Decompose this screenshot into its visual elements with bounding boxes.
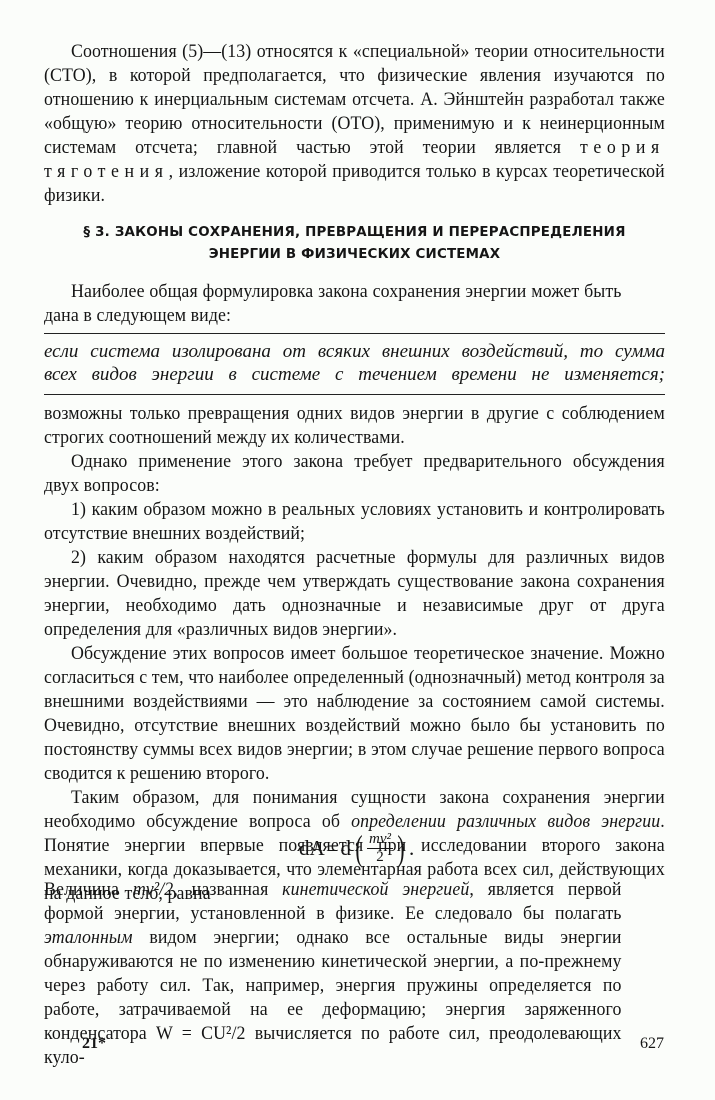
paragraph-discussion: Обсуждение этих вопросов имеет большое т…	[44, 642, 665, 786]
formula-equals: =	[327, 836, 339, 861]
fraction-denominator: 2	[376, 849, 384, 866]
fraction-numerator: mv²	[367, 831, 393, 849]
law-statement: если система изолирована от всяких внешн…	[44, 340, 665, 386]
formula-lhs: dA	[299, 836, 325, 861]
section-heading-line-2: ЭНЕРГИИ В ФИЗИЧЕСКИХ СИСТЕМАХ	[44, 244, 665, 266]
law-line-2: всех видов энергии в системе с течением …	[44, 363, 665, 386]
paragraph-questions-intro: Однако применение этого закона требует п…	[44, 450, 665, 498]
law-line-1: если система изолирована от всяких внешн…	[44, 340, 665, 363]
etalon-emphasis: эталонным	[44, 927, 133, 948]
section-heading-line-1: § 3. ЗАКОНЫ СОХРАНЕНИЯ, ПРЕВРАЩЕНИЯ И ПЕ…	[44, 222, 665, 244]
paragraph-question-1: 1) каким образом можно в реальных услови…	[44, 498, 665, 546]
kinetic-emphasis: кинетической энергией	[282, 879, 469, 900]
section-heading: § 3. ЗАКОНЫ СОХРАНЕНИЯ, ПРЕВРАЩЕНИЯ И ПЕ…	[44, 222, 665, 266]
kinetic-text-2: , названная	[173, 879, 282, 900]
lead-paragraph: Наиболее общая формулировка закона сохра…	[44, 280, 622, 328]
intro-text: Соотношения (5)—(13) относятся к «специа…	[44, 41, 665, 158]
bottom-rule	[44, 394, 665, 395]
left-paren: (	[355, 830, 362, 866]
kinetic-expression: mv²/2	[133, 879, 174, 900]
fraction: mv² 2	[367, 831, 393, 866]
paragraph-kinetic: Величина mv²/2, названная кинетической э…	[44, 878, 622, 1070]
intro-paragraph: Соотношения (5)—(13) относятся к «специа…	[44, 40, 665, 208]
signature-mark: 21*	[82, 1035, 106, 1053]
paragraph-after-law: возможны только превращения одних видов …	[44, 402, 665, 450]
paragraph-question-2: 2) каким образом находятся расчетные фор…	[44, 546, 665, 642]
top-rule	[44, 333, 665, 334]
formula-work-kinetic: dA = d ( mv² 2 ) .	[299, 830, 414, 866]
formula-d: d	[341, 836, 352, 861]
formula-period: .	[409, 836, 414, 861]
right-paren: )	[397, 830, 404, 866]
page-number: 627	[640, 1035, 664, 1053]
kinetic-text: Величина	[44, 879, 133, 900]
kinetic-text-4: видом энергии; однако все остальные виды…	[44, 927, 622, 1068]
